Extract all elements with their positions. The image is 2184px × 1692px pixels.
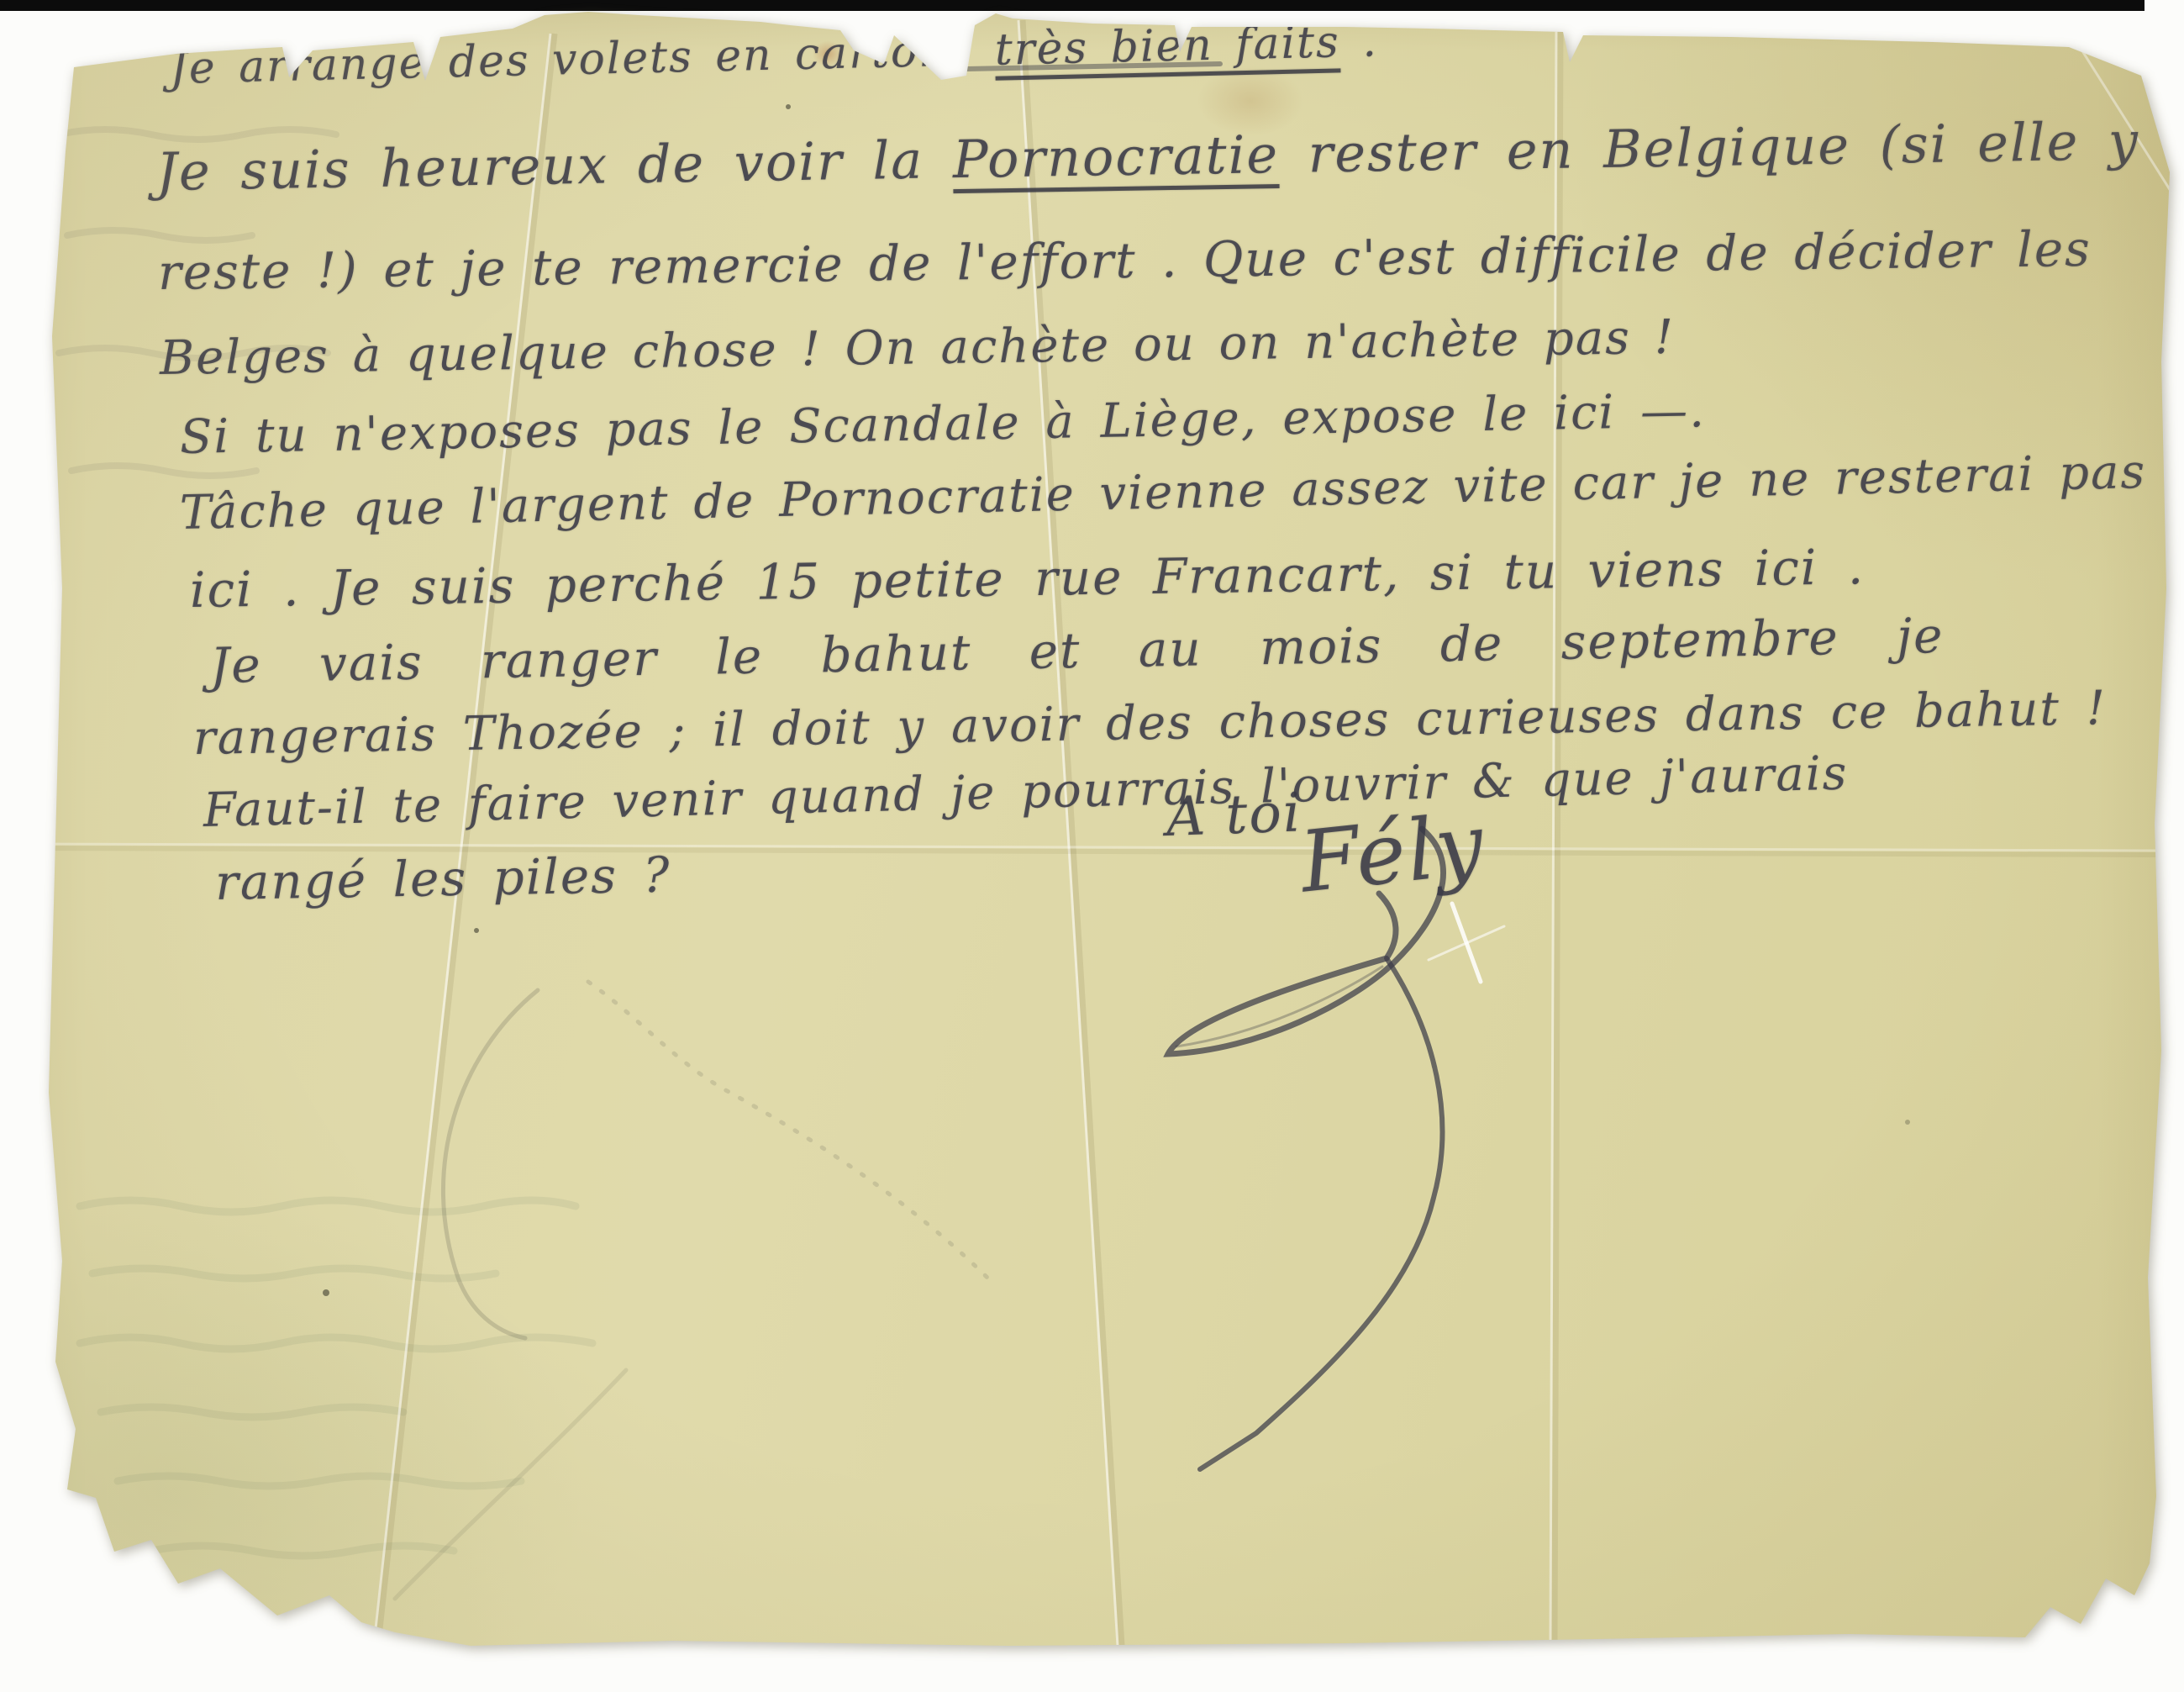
- line-text: Je vais ranger le bahut et au mois de se…: [209, 607, 1944, 694]
- signature-flourish: [1168, 829, 1444, 1469]
- paper-wrap: Je arrange des volets en cartons très bi…: [0, 0, 2184, 1692]
- line-text: .: [1339, 16, 1378, 67]
- line-text: Belges à quelque chose ! On achète ou on…: [160, 310, 1676, 386]
- letter-line: Je arrange des volets en cartons très bi…: [169, 16, 1378, 94]
- line-text: rangé les piles ?: [214, 846, 671, 911]
- closing-salutation: A toi: [1166, 782, 1303, 849]
- underlined-phrase: Pornocratie: [952, 124, 1279, 190]
- letter-line: Si tu n'exposes pas le Scandale à Liège,…: [179, 383, 1706, 465]
- letter-line: reste !) et je te remercie de l'effort .…: [158, 220, 2092, 301]
- letter-line: Je suis heureux de voir la Pornocratie r…: [155, 110, 2139, 203]
- letter-line: Je vais ranger le bahut et au mois de se…: [209, 607, 1944, 694]
- line-text: Si tu n'exposes pas le Scandale à Liège,…: [179, 383, 1706, 465]
- letter-line: ici . Je suis perché 15 petite rue Franc…: [190, 538, 1866, 619]
- scanned-letter-page: Je arrange des volets en cartons très bi…: [0, 0, 2184, 1692]
- line-text: rester en Belgique (si elle y: [1278, 110, 2139, 185]
- letter-line: rangé les piles ?: [214, 846, 671, 911]
- scratch-damage: [1429, 904, 1504, 982]
- line-text: ici . Je suis perché 15 petite rue Franc…: [190, 538, 1866, 619]
- underlined-phrase: très bien faits: [994, 17, 1340, 75]
- line-text: Je arrange des volets en cartons: [169, 25, 995, 94]
- verso-bleed-writing: [80, 1200, 592, 1556]
- signature: Fély: [1296, 794, 1490, 911]
- letter-paper: Je arrange des volets en cartons très bi…: [0, 0, 2184, 1692]
- letter-line: Belges à quelque chose ! On achète ou on…: [160, 310, 1676, 386]
- line-text: reste !) et je te remercie de l'effort .…: [158, 220, 2092, 301]
- line-text: Je suis heureux de voir la: [155, 129, 953, 203]
- ghost-pencil-arcs: [395, 982, 992, 1599]
